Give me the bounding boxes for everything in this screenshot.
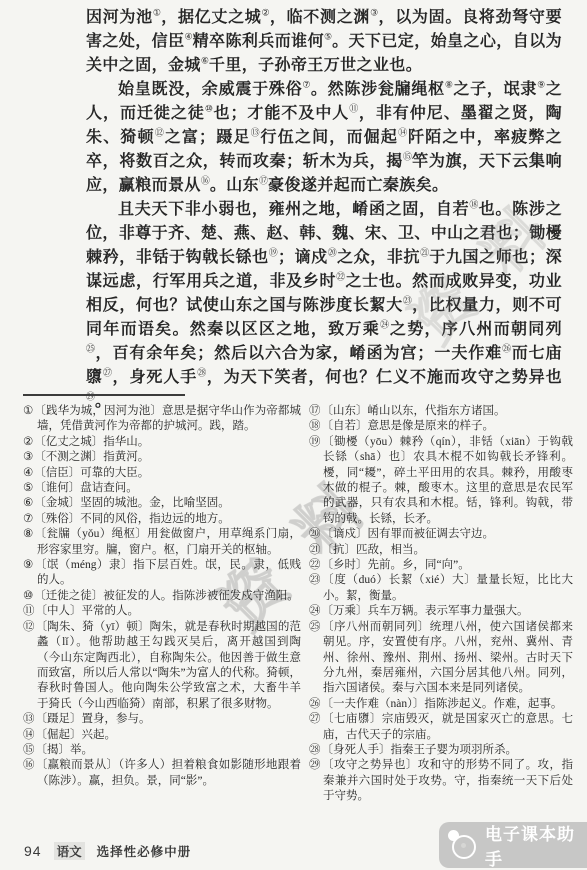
footnote-text: 〔中人〕平常的人。 bbox=[36, 605, 140, 617]
app-logo-text: 电子课本助手 bbox=[485, 820, 587, 870]
footnote-item: ②〔亿丈之城〕指华山。 bbox=[23, 435, 301, 450]
footnote-item: ㉘〔身死人手〕指秦王子婴为项羽所杀。 bbox=[309, 743, 573, 758]
footnote-ref: ㉗ bbox=[103, 368, 113, 378]
footnote-item: ㉗〔七庙隳〕宗庙毁灭，就是国家灭亡的意思。七庙，古代天子的宗庙。 bbox=[309, 712, 573, 743]
footnote-text: 〔攻守之势异也〕攻和守的形势不同了。攻，指秦兼并六国时处于攻势。守，指秦统一天下… bbox=[322, 759, 573, 802]
footnote-number: ④ bbox=[23, 467, 33, 479]
footnote-number: ⑭ bbox=[23, 729, 35, 741]
footnote-ref: ⑱ bbox=[469, 200, 478, 210]
footnote-ref: ㉔ bbox=[380, 320, 390, 330]
footnote-number: ⑱ bbox=[309, 420, 321, 432]
footnote-number: ㉗ bbox=[309, 713, 321, 725]
footnote-ref: ⑨ bbox=[537, 80, 545, 90]
footnote-text: 〔谁何〕盘诘查问。 bbox=[34, 482, 138, 494]
footnote-number: ⑧ bbox=[23, 528, 34, 540]
article-text: 因河为池①，据亿丈之城②，临不测之渊③，以为固。良将劲弩守要害之处，信臣④精卒陈… bbox=[86, 6, 562, 414]
footnote-number: ① bbox=[23, 405, 33, 417]
footnote-text: 〔赢粮而景从〕（许多人）担着粮食如影随形地跟着（陈涉）。赢，担负。景，同“影”。 bbox=[36, 759, 301, 786]
footnote-ref: ㉕ bbox=[86, 344, 96, 354]
footnote-number: ㉑ bbox=[309, 544, 321, 556]
footnote-number: ㉓ bbox=[309, 574, 321, 586]
footnote-item: ⑰〔山东〕崤山以东，代指东方诸国。 bbox=[309, 404, 573, 419]
footnote-item: ③〔不测之渊〕指黄河。 bbox=[23, 450, 301, 465]
footnote-ref: ⑲ bbox=[269, 248, 278, 258]
footnote-text: 〔万乘〕兵车万辆。表示军事力量强大。 bbox=[322, 605, 529, 617]
footnote-item: ㉔〔万乘〕兵车万辆。表示军事力量强大。 bbox=[309, 604, 573, 619]
footnote-number: ③ bbox=[23, 451, 33, 463]
footnote-text: 〔乡时〕先前。乡，同“向”。 bbox=[322, 559, 470, 571]
footnote-number: ㉕ bbox=[309, 621, 321, 633]
footnote-ref: ⑩ bbox=[205, 104, 214, 114]
footnote-text: 〔锄櫌（yōu）棘矜（qín），非铦（xiān）于钩戟长铩（shā）也〕农具木棍… bbox=[322, 436, 573, 525]
footnote-text: 〔蹑足〕置身，参与。 bbox=[36, 713, 151, 725]
footnote-text: 〔抗〕匹敌，相当。 bbox=[322, 544, 426, 556]
footnote-item: ⑫〔陶朱、猗（yī）顿〕陶朱，就是春秋时期越国的范蠡（lǐ）。他帮助越王勾践灭吴… bbox=[23, 620, 301, 712]
footnote-ref: ⑬ bbox=[251, 128, 261, 138]
footnote-text: 〔氓（méng）隶〕指下层百姓。氓，民。隶，低贱的人。 bbox=[35, 559, 301, 586]
footnote-item: ⑪〔中人〕平常的人。 bbox=[23, 604, 301, 619]
footnote-item: ㉕〔序八州而朝同列〕统理八州，使六国诸侯都来朝见。序，安置使有序。八州，兖州、冀… bbox=[309, 620, 573, 697]
footnote-text: 〔倔起〕兴起。 bbox=[36, 729, 117, 741]
footnote-number: ⑲ bbox=[309, 436, 321, 448]
footnote-item: ㉖〔一夫作难（nàn）〕指陈涉起义。作难，起事。 bbox=[309, 697, 573, 712]
footnote-item: ㉓〔度（duó）长絜（xié）大〕量量长短，比比大小。絜，衡量。 bbox=[309, 573, 573, 604]
footnote-number: ⑫ bbox=[23, 621, 35, 633]
footnote-ref: ⑰ bbox=[259, 176, 268, 186]
footnote-item: ⑨〔氓（méng）隶〕指下层百姓。氓，民。隶，低贱的人。 bbox=[23, 558, 301, 589]
footnote-ref: ⑦ bbox=[302, 80, 310, 90]
footnote-text: 〔信臣〕可靠的大臣。 bbox=[34, 467, 149, 479]
footnote-text: 〔揭〕举。 bbox=[36, 744, 94, 756]
footnote-ref: ㉘ bbox=[197, 368, 207, 378]
logo-dot-shape bbox=[461, 843, 466, 848]
footnote-item: ⑬〔蹑足〕置身，参与。 bbox=[23, 712, 301, 727]
footnote-item: ㉑〔抗〕匹敌，相当。 bbox=[309, 543, 573, 558]
footnote-number: ⑦ bbox=[23, 513, 33, 525]
footnote-text: 〔山东〕崤山以东，代指东方诸国。 bbox=[322, 405, 506, 417]
footnote-text: 〔不测之渊〕指黄河。 bbox=[34, 451, 149, 463]
footnote-text: 〔序八州而朝同列〕统理八州，使六国诸侯都来朝见。序，安置使有序。八州，兖州、冀州… bbox=[322, 621, 573, 695]
footnote-number: ⑮ bbox=[23, 744, 35, 756]
footnote-number: ⑯ bbox=[23, 759, 35, 771]
article-paragraph: 始皇既没，余威震于殊俗⑦。然陈涉瓮牖绳枢⑧之子，氓隶⑨之人，而迁徙之徒⑩也；才能… bbox=[86, 78, 562, 198]
footnote-ref: ㉒ bbox=[336, 272, 345, 282]
footnote-ref: ⑪ bbox=[349, 104, 359, 114]
footnote-ref: ⑤ bbox=[324, 32, 332, 42]
footnotes-left-column: ①〔践华为城，因河为池〕意思是据守华山作为帝都城墙，凭借黄河作为帝都的护城河。践… bbox=[23, 404, 301, 805]
footnotes-right-column: ⑰〔山东〕崤山以东，代指东方诸国。⑱〔自若〕意思是像是原来的样子。⑲〔锄櫌（yō… bbox=[309, 404, 573, 805]
app-logo-icon bbox=[449, 831, 477, 859]
footnote-number: ⑥ bbox=[23, 497, 33, 509]
footnote-text: 〔亿丈之城〕指华山。 bbox=[34, 436, 149, 448]
footnote-item: ⑩〔迁徙之徒〕被征发的人。指陈涉被征发戍守渔阳。 bbox=[23, 589, 301, 604]
footnote-item: ⑱〔自若〕意思是像是原来的样子。 bbox=[309, 419, 573, 434]
footnote-text: 〔谪戍〕因有罪而被征调去守边。 bbox=[322, 528, 495, 540]
footnote-item: ⑳〔谪戍〕因有罪而被征调去守边。 bbox=[309, 527, 573, 542]
footnote-text: 〔陶朱、猗（yī）顿〕陶朱，就是春秋时期越国的范蠡（lǐ）。他帮助越王勾践灭吴后… bbox=[36, 621, 301, 710]
footnote-ref: ④ bbox=[185, 32, 193, 42]
app-logo-badge: 电子课本助手 bbox=[439, 822, 587, 868]
footnote-item: ⑥〔金城〕坚固的城池。金，比喻坚固。 bbox=[23, 496, 301, 511]
footnote-text: 〔金城〕坚固的城池。金，比喻坚固。 bbox=[34, 497, 230, 509]
footnote-number: ⑨ bbox=[23, 559, 34, 571]
footnote-ref: ㉖ bbox=[502, 344, 512, 354]
footnote-text: 〔瓮牖（yǒu）绳枢〕用瓮做窗户，用草绳系门扇，形容家里穷。牖，窗户。枢，门扇开… bbox=[35, 528, 301, 555]
footnote-ref: ⑫ bbox=[155, 128, 165, 138]
page-number: 94 bbox=[24, 843, 42, 859]
footnote-item: ④〔信臣〕可靠的大臣。 bbox=[23, 466, 301, 481]
footnote-number: ㉔ bbox=[309, 605, 321, 617]
footnote-text: 〔七庙隳〕宗庙毁灭，就是国家灭亡的意思。七庙，古代天子的宗庙。 bbox=[322, 713, 573, 740]
footnote-item: ⑧〔瓮牖（yǒu）绳枢〕用瓮做窗户，用草绳系门扇，形容家里穷。牖，窗户。枢，门扇… bbox=[23, 527, 301, 558]
footnote-item: ①〔践华为城，因河为池〕意思是据守华山作为帝都城墙，凭借黄河作为帝都的护城河。践… bbox=[23, 404, 301, 435]
footnote-ref: ③ bbox=[370, 8, 378, 18]
footnote-item: ⑮〔揭〕举。 bbox=[23, 743, 301, 758]
footnote-text: 〔殊俗〕不同的风俗，指边远的地方。 bbox=[34, 513, 230, 525]
footnote-item: ⑤〔谁何〕盘诘查问。 bbox=[23, 481, 301, 496]
footnote-item: ⑲〔锄櫌（yōu）棘矜（qín），非铦（xiān）于钩戟长铩（shā）也〕农具木… bbox=[309, 435, 573, 527]
footnote-number: ② bbox=[23, 436, 33, 448]
footnote-ref: ⑥ bbox=[201, 56, 209, 66]
footnote-number: ㉒ bbox=[309, 559, 321, 571]
subject-label: 语文 bbox=[54, 842, 85, 860]
footnote-ref: ② bbox=[261, 8, 269, 18]
footnote-item: ⑦〔殊俗〕不同的风俗，指边远的地方。 bbox=[23, 512, 301, 527]
footnote-item: ㉒〔乡时〕先前。乡，同“向”。 bbox=[309, 558, 573, 573]
footnote-ref: ㉑ bbox=[420, 248, 429, 258]
article-paragraph: 因河为池①，据亿丈之城②，临不测之渊③，以为固。良将劲弩守要害之处，信臣④精卒陈… bbox=[86, 6, 562, 78]
footnote-item: ⑭〔倔起〕兴起。 bbox=[23, 728, 301, 743]
footnote-text: 〔一夫作难（nàn）〕指陈涉起义。作难，起事。 bbox=[322, 698, 563, 710]
footnote-text: 〔迁徙之徒〕被征发的人。指陈涉被征发戍守渔阳。 bbox=[34, 590, 299, 602]
footnote-ref: ㉓ bbox=[403, 296, 412, 306]
footnote-number: ⑬ bbox=[23, 713, 35, 725]
footnote-item: ㉙〔攻守之势异也〕攻和守的形势不同了。攻，指秦兼并六国时处于攻势。守，指秦统一天… bbox=[309, 758, 573, 804]
footnote-item: ⑯〔赢粮而景从〕（许多人）担着粮食如影随形地跟着（陈涉）。赢，担负。景，同“影”… bbox=[23, 758, 301, 789]
textbook-page: 因河为池①，据亿丈之城②，临不测之渊③，以为固。良将劲弩守要害之处，信臣④精卒陈… bbox=[0, 0, 587, 870]
footnote-separator bbox=[23, 394, 185, 396]
footnote-text: 〔践华为城，因河为池〕意思是据守华山作为帝都城墙，凭借黄河作为帝都的护城河。践，… bbox=[34, 405, 301, 432]
footnote-number: ⑤ bbox=[23, 482, 33, 494]
footnote-ref: ⑭ bbox=[398, 128, 408, 138]
footnote-ref: ⑳ bbox=[328, 248, 337, 258]
footnote-number: ⑳ bbox=[309, 528, 321, 540]
footnote-ref: ⑯ bbox=[201, 176, 210, 186]
page-footer: 94 语文 选择性必修中册 bbox=[24, 842, 191, 860]
footnote-text: 〔自若〕意思是像是原来的样子。 bbox=[322, 420, 495, 432]
footnote-number: ⑰ bbox=[309, 405, 321, 417]
footnote-number: ⑪ bbox=[23, 605, 35, 617]
footnote-text: 〔度（duó）长絜（xié）大〕量量长短，比比大小。絜，衡量。 bbox=[322, 574, 573, 601]
footnote-text: 〔身死人手〕指秦王子婴为项羽所杀。 bbox=[322, 744, 518, 756]
footnotes-section: ①〔践华为城，因河为池〕意思是据守华山作为帝都城墙，凭借黄河作为帝都的护城河。践… bbox=[23, 404, 573, 805]
book-title: 选择性必修中册 bbox=[97, 842, 192, 860]
footnote-number: ㉙ bbox=[309, 759, 321, 771]
article-paragraph: 且夫天下非小弱也，雍州之地，崤函之固，自若⑱也。陈涉之位，非尊于齐、楚、燕、赵、… bbox=[86, 198, 562, 414]
footnote-number: ⑩ bbox=[23, 590, 33, 602]
footnote-number: ㉘ bbox=[309, 744, 321, 756]
footnote-ref: ⑧ bbox=[445, 80, 453, 90]
footnote-ref: ⑮ bbox=[403, 152, 412, 162]
footnote-ref: ① bbox=[153, 8, 161, 18]
footnote-number: ㉖ bbox=[309, 698, 321, 710]
